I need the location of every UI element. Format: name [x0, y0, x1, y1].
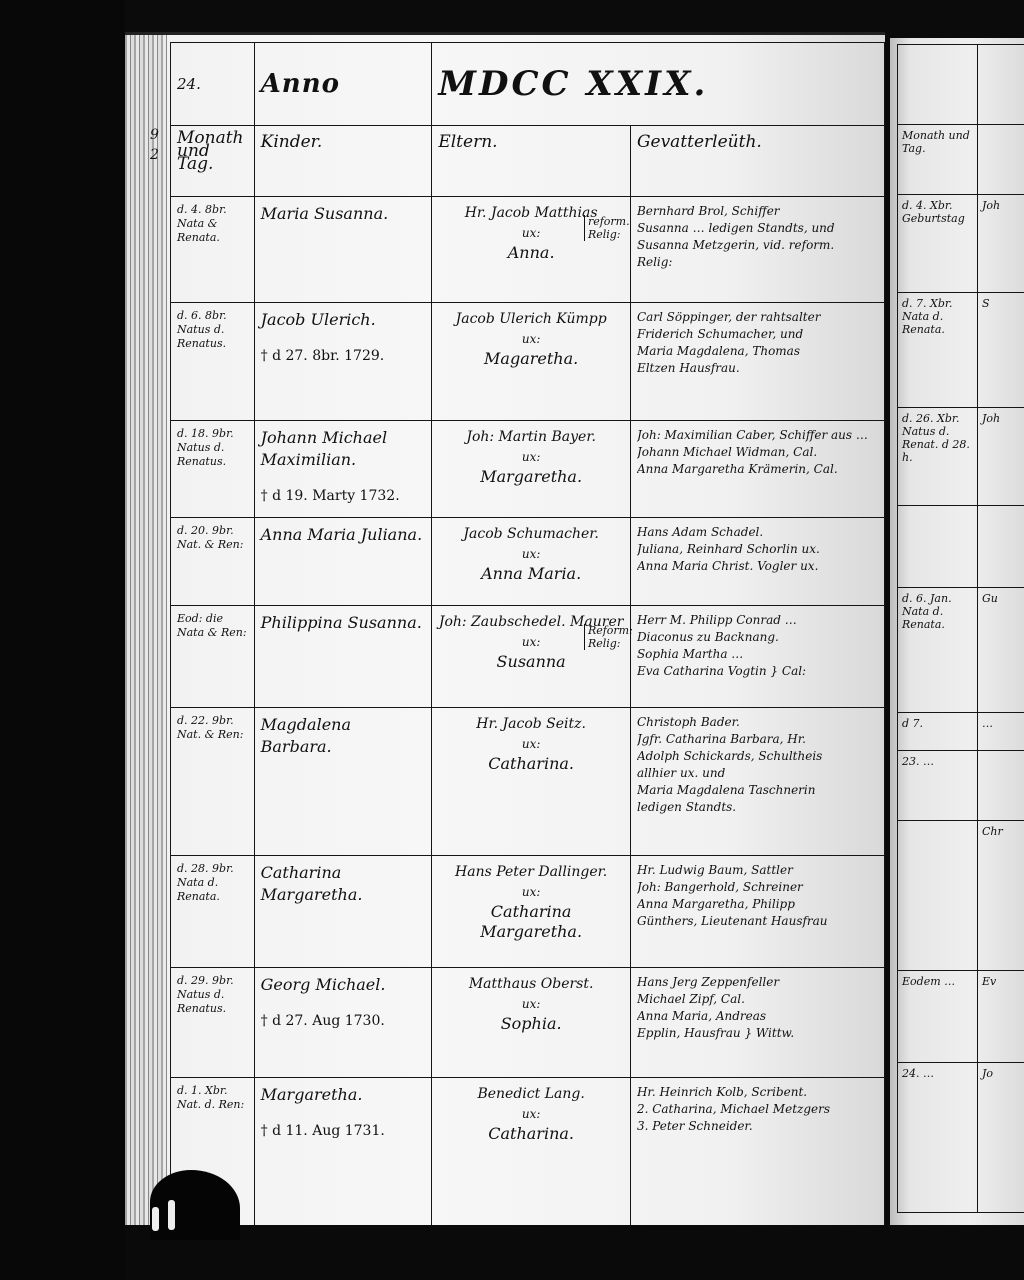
sponsor-line: Anna Margaretha, Philipp: [637, 896, 878, 913]
sponsor-line: Christoph Bader.: [637, 714, 878, 731]
entry-parents: Benedict Lang.ux:Catharina.: [432, 1078, 631, 1228]
child-name: Anna Maria Juliana.: [261, 525, 423, 544]
table-row: Eod: die Nata & Ren: Philippina Susanna.…: [171, 606, 885, 708]
sponsor-line: Günthers, Lieutenant Hausfrau: [637, 913, 878, 930]
table-row: d. 1. Xbr. Nat. d. Ren: Margaretha.† d 1…: [171, 1078, 885, 1228]
sponsor-line: Joh: Maximilian Caber, Schiffer aus …: [637, 427, 878, 444]
table-row: d. 4. 8br. Nata & Renata. Maria Susanna.…: [171, 197, 885, 303]
right-entry-child: Chr: [978, 821, 1024, 971]
year-roman-numeral: MDCC XXIX.: [432, 43, 885, 126]
entry-parents: Hr. Jacob Matthiasux:Anna.reform. Relig:: [432, 197, 631, 303]
table-row: d. 6. 8br. Natus d. Renatus. Jacob Uleri…: [171, 303, 885, 421]
sponsor-line: Joh: Bangerhold, Schreiner: [637, 879, 878, 896]
mother-name: Anna.: [438, 243, 624, 263]
sponsor-line: Anna Maria Christ. Vogler ux.: [637, 558, 878, 575]
sponsor-line: 3. Peter Schneider.: [637, 1118, 878, 1135]
mother-name: Sophia.: [438, 1014, 624, 1034]
margin-mark: 9: [150, 125, 166, 145]
ux-label: ux:: [438, 1104, 624, 1124]
right-table-row: d. 7. Xbr. Nata d. Renata.S: [898, 293, 1024, 408]
margin-notes: 9 2: [150, 125, 166, 165]
right-entry-child: Joh: [978, 408, 1024, 506]
sponsor-line: Michael Zipf, Cal.: [637, 991, 878, 1008]
entry-parents: Hr. Jacob Seitz.ux:Catharina.: [432, 708, 631, 856]
right-entry-date: Eodem …: [898, 971, 978, 1063]
sponsor-line: Relig:: [637, 254, 878, 271]
entry-parents: Joh: Martin Bayer.ux:Margaretha.: [432, 421, 631, 518]
right-entry-date: d. 4. Xbr. Geburtstag: [898, 195, 978, 293]
right-entry-child: [978, 506, 1024, 588]
entry-sponsors: Bernhard Brol, SchifferSusanna … ledigen…: [630, 197, 884, 303]
table-row: d. 20. 9br. Nat. & Ren: Anna Maria Julia…: [171, 518, 885, 606]
entry-child: Anna Maria Juliana.: [254, 518, 432, 606]
page-binding-edge: [125, 35, 167, 1235]
right-table-row: d. 26. Xbr. Natus d. Renat. d 28. h.Joh: [898, 408, 1024, 506]
right-entry-child: Jo: [978, 1063, 1024, 1213]
sponsor-line: ledigen Standts.: [637, 799, 878, 816]
header-child: Kinder.: [254, 126, 432, 197]
right-entry-date: d 7.: [898, 713, 978, 751]
father-name: Jacob Schumacher.: [438, 524, 624, 544]
sponsor-line: Adolph Schickards, Schultheis: [637, 748, 878, 765]
right-entry-date: d. 6. Jan. Nata d. Renata.: [898, 588, 978, 713]
right-entry-child: S: [978, 293, 1024, 408]
mother-name: Anna Maria.: [438, 564, 624, 584]
child-name: Maria Susanna.: [261, 204, 389, 223]
right-entry-child: …: [978, 713, 1024, 751]
entry-sponsors: Hans Jerg ZeppenfellerMichael Zipf, Cal.…: [630, 968, 884, 1078]
sponsor-line: Friderich Schumacher, und: [637, 326, 878, 343]
mother-name: Margaretha.: [438, 467, 624, 487]
sponsor-line: Susanna … ledigen Standts, und: [637, 220, 878, 237]
right-entry-date: [898, 506, 978, 588]
entry-date: Eod: die Nata & Ren:: [171, 606, 255, 708]
sponsor-line: Jgfr. Catharina Barbara, Hr.: [637, 731, 878, 748]
entry-child: Margaretha.† d 11. Aug 1731.: [254, 1078, 432, 1228]
right-year-row: [898, 45, 1024, 125]
child-name: Johann Michael Maximilian.: [261, 428, 387, 469]
ux-label: ux:: [438, 329, 624, 349]
entry-sponsors: Hans Adam Schadel.Juliana, Reinhard Scho…: [630, 518, 884, 606]
entry-parents: Hans Peter Dallinger.ux:Catharina Margar…: [432, 856, 631, 968]
right-entry-child: Ev: [978, 971, 1024, 1063]
sponsor-line: Diaconus zu Backnang.: [637, 629, 878, 646]
father-name: Matthaus Oberst.: [438, 974, 624, 994]
right-table-row: d. 4. Xbr. GeburtstagJoh: [898, 195, 1024, 293]
sponsor-line: Hans Adam Schadel.: [637, 524, 878, 541]
death-note: † d 27. 8br. 1729.: [261, 345, 426, 367]
sponsor-line: Hr. Heinrich Kolb, Scribent.: [637, 1084, 878, 1101]
sponsor-line: Maria Magdalena, Thomas: [637, 343, 878, 360]
right-empty-cell: [898, 45, 978, 125]
father-name: Jacob Ulerich Kümpp: [438, 309, 624, 329]
religion-note: reform. Relig:: [584, 215, 628, 241]
right-table-row: Chr: [898, 821, 1024, 971]
entry-sponsors: Joh: Maximilian Caber, Schiffer aus …Joh…: [630, 421, 884, 518]
dark-background: [0, 0, 125, 1280]
entry-child: Maria Susanna.: [254, 197, 432, 303]
entry-date: d. 18. 9br. Natus d. Renatus.: [171, 421, 255, 518]
entry-sponsors: Christoph Bader.Jgfr. Catharina Barbara,…: [630, 708, 884, 856]
child-name: Jacob Ulerich.: [261, 310, 376, 329]
mother-name: Catharina.: [438, 1124, 624, 1144]
child-name: Georg Michael.: [261, 975, 386, 994]
sponsor-line: Eva Catharina Vogtin } Cal:: [637, 663, 878, 680]
sponsor-line: Anna Margaretha Krämerin, Cal.: [637, 461, 878, 478]
right-entry-date: d. 7. Xbr. Nata d. Renata.: [898, 293, 978, 408]
death-note: † d 19. Marty 1732.: [261, 485, 426, 507]
sponsor-line: Sophia Martha …: [637, 646, 878, 663]
header-parents: Eltern.: [432, 126, 631, 197]
margin-mark: 2: [150, 145, 166, 165]
entry-child: Philippina Susanna.: [254, 606, 432, 708]
right-table-row: [898, 506, 1024, 588]
sponsor-line: Susanna Metzgerin, vid. reform.: [637, 237, 878, 254]
father-name: Benedict Lang.: [438, 1084, 624, 1104]
year-header-row: 24. Anno MDCC XXIX.: [171, 43, 885, 126]
father-name: Hr. Jacob Seitz.: [438, 714, 624, 734]
sponsor-line: Epplin, Hausfrau } Wittw.: [637, 1025, 878, 1042]
right-table-row: 23. …: [898, 751, 1024, 821]
entry-date: d. 20. 9br. Nat. & Ren:: [171, 518, 255, 606]
sponsor-line: Maria Magdalena Taschnerin: [637, 782, 878, 799]
right-table-row: d. 6. Jan. Nata d. Renata.Gu: [898, 588, 1024, 713]
child-name: Margaretha.: [261, 1085, 363, 1104]
right-table-row: Eodem …Ev: [898, 971, 1024, 1063]
entry-child: Jacob Ulerich.† d 27. 8br. 1729.: [254, 303, 432, 421]
right-entry-date: d. 26. Xbr. Natus d. Renat. d 28. h.: [898, 408, 978, 506]
right-entry-child: [978, 751, 1024, 821]
right-entry-child: Joh: [978, 195, 1024, 293]
right-entry-date: 23. …: [898, 751, 978, 821]
right-entry-date: [898, 821, 978, 971]
entry-parents: Matthaus Oberst.ux:Sophia.: [432, 968, 631, 1078]
entry-date: d. 22. 9br. Nat. & Ren:: [171, 708, 255, 856]
child-name: Philippina Susanna.: [261, 613, 422, 632]
mother-name: Catharina Margaretha.: [438, 902, 624, 942]
right-empty-cell: [978, 45, 1024, 125]
mother-name: Catharina.: [438, 754, 624, 774]
header-sponsors: Gevatterleüth.: [630, 126, 884, 197]
entry-parents: Jacob Schumacher.ux:Anna Maria.: [432, 518, 631, 606]
mother-name: Magaretha.: [438, 349, 624, 369]
header-date: Monath und Tag.: [171, 126, 255, 197]
religion-note: Reform: Relig:: [584, 624, 628, 650]
entry-parents: Joh: Zaubschedel. Maurerux:SusannaReform…: [432, 606, 631, 708]
sponsor-line: Anna Maria, Andreas: [637, 1008, 878, 1025]
sponsor-line: Hr. Ludwig Baum, Sattler: [637, 862, 878, 879]
sponsor-line: Herr M. Philipp Conrad …: [637, 612, 878, 629]
entry-sponsors: Herr M. Philipp Conrad …Diaconus zu Back…: [630, 606, 884, 708]
child-name: Magdalena Barbara.: [261, 715, 351, 756]
baptism-register-table: 24. Anno MDCC XXIX. Monath und Tag. Kind…: [170, 42, 885, 1228]
sponsor-line: Hans Jerg Zeppenfeller: [637, 974, 878, 991]
right-entry-date: 24. …: [898, 1063, 978, 1213]
sponsor-line: Eltzen Hausfrau.: [637, 360, 878, 377]
sponsor-line: Bernhard Brol, Schiffer: [637, 203, 878, 220]
entry-child: Georg Michael.† d 27. Aug 1730.: [254, 968, 432, 1078]
death-note: † d 11. Aug 1731.: [261, 1120, 426, 1142]
ux-label: ux:: [438, 734, 624, 754]
ux-label: ux:: [438, 994, 624, 1014]
entry-sponsors: Hr. Ludwig Baum, SattlerJoh: Bangerhold,…: [630, 856, 884, 968]
sponsor-line: Carl Söppinger, der rahtsalter: [637, 309, 878, 326]
table-row: d. 28. 9br. Nata d. Renata. Catharina Ma…: [171, 856, 885, 968]
book-bottom-shadow: [125, 1225, 1024, 1280]
right-page-register-table: Monath und Tag. d. 4. Xbr. GeburtstagJoh…: [897, 44, 1024, 1213]
light-glare: [152, 1207, 159, 1231]
sponsor-line: allhier ux. und: [637, 765, 878, 782]
right-entry-child: Gu: [978, 588, 1024, 713]
ux-label: ux:: [438, 882, 624, 902]
right-header-date: Monath und Tag.: [898, 125, 978, 195]
table-row: d. 18. 9br. Natus d. Renatus. Johann Mic…: [171, 421, 885, 518]
sponsor-line: Juliana, Reinhard Schorlin ux.: [637, 541, 878, 558]
entry-child: Magdalena Barbara.: [254, 708, 432, 856]
entry-child: Catharina Margaretha.: [254, 856, 432, 968]
father-name: Hans Peter Dallinger.: [438, 862, 624, 882]
father-name: Joh: Martin Bayer.: [438, 427, 624, 447]
entry-date: d. 28. 9br. Nata d. Renata.: [171, 856, 255, 968]
entry-date: d. 29. 9br. Natus d. Renatus.: [171, 968, 255, 1078]
table-row: d. 29. 9br. Natus d. Renatus. Georg Mich…: [171, 968, 885, 1078]
ux-label: ux:: [438, 544, 624, 564]
right-table-row: 24. …Jo: [898, 1063, 1024, 1213]
column-header-row: Monath und Tag. Kinder. Eltern. Gevatter…: [171, 126, 885, 197]
page-number: 24.: [171, 43, 255, 126]
right-header-child: [978, 125, 1024, 195]
light-glare: [168, 1200, 175, 1230]
entry-date: d. 4. 8br. Nata & Renata.: [171, 197, 255, 303]
entry-date: d. 6. 8br. Natus d. Renatus.: [171, 303, 255, 421]
entry-sponsors: Carl Söppinger, der rahtsalterFriderich …: [630, 303, 884, 421]
table-row: d. 22. 9br. Nat. & Ren: Magdalena Barbar…: [171, 708, 885, 856]
entry-parents: Jacob Ulerich Kümppux:Magaretha.: [432, 303, 631, 421]
entry-child: Johann Michael Maximilian.† d 19. Marty …: [254, 421, 432, 518]
sponsor-line: Johann Michael Widman, Cal.: [637, 444, 878, 461]
death-note: † d 27. Aug 1730.: [261, 1010, 426, 1032]
right-table-row: d 7.…: [898, 713, 1024, 751]
year-label: Anno: [254, 43, 432, 126]
entry-sponsors: Hr. Heinrich Kolb, Scribent.2. Catharina…: [630, 1078, 884, 1228]
right-header-row: Monath und Tag.: [898, 125, 1024, 195]
ux-label: ux:: [438, 447, 624, 467]
sponsor-line: 2. Catharina, Michael Metzgers: [637, 1101, 878, 1118]
mother-name: Susanna: [438, 652, 624, 672]
child-name: Catharina Margaretha.: [261, 863, 363, 904]
